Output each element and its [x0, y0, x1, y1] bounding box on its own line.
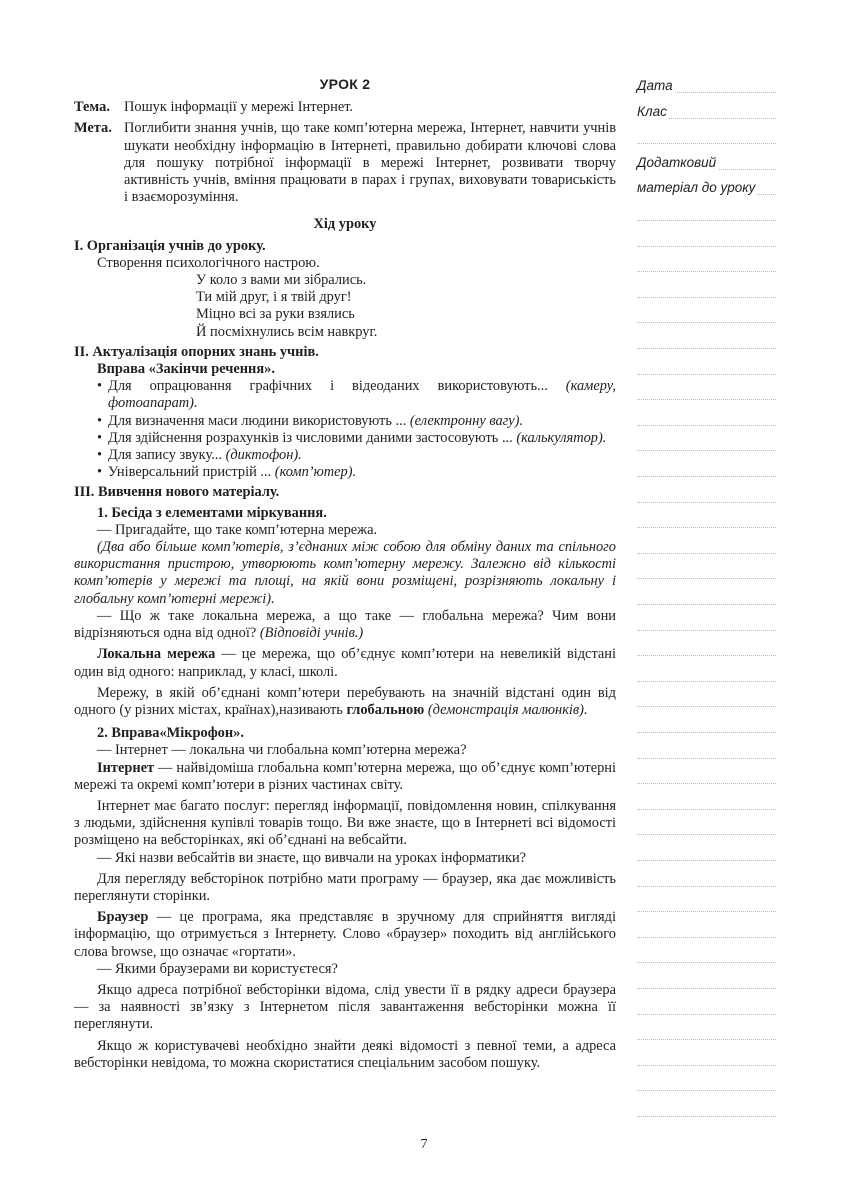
note-line [637, 1014, 776, 1015]
term: Інтернет [97, 760, 154, 776]
question: — Які назви вебсайтів ви знаєте, що вивч… [74, 850, 616, 867]
item-answer: (комп’ютер). [275, 464, 356, 480]
list-item: Універсальний пристрій ... (комп’ютер). [97, 464, 616, 481]
note-line [637, 553, 776, 554]
poem-line: Ти мій друг, і я твій друг! [196, 289, 616, 306]
item-answer: (електронну вагу). [410, 413, 523, 429]
question: — Якими браузерами ви користуєтеся? [74, 961, 616, 978]
date-label: Дата [637, 78, 675, 94]
note-line [637, 911, 776, 912]
note-line [637, 297, 776, 298]
question: — Пригадайте, що таке комп’ютерна мережа… [74, 522, 616, 539]
note-line [637, 220, 776, 221]
exercise-list: Для опрацювання графічних і відеоданих в… [74, 378, 616, 481]
global-network-definition: Мережу, в якій об’єднані комп’ютери пере… [74, 685, 616, 719]
item-answer: (калькулятор). [516, 430, 606, 446]
extra-material-label-1: Додатковий [637, 155, 718, 171]
note-line [637, 399, 776, 400]
poem-line: Й посміхнулись всім навкруг. [196, 324, 616, 341]
note-line [637, 476, 776, 477]
note-line [637, 1116, 776, 1117]
topic-row: Тема. Пошук інформації у мережі Інтернет… [74, 99, 616, 116]
page-number: 7 [0, 1137, 848, 1153]
goal-row: Мета. Поглибити знання учнів, що таке ко… [74, 120, 616, 206]
paragraph: Якщо адреса потрібної вебсторінки відома… [74, 982, 616, 1034]
note-line [637, 1065, 776, 1066]
internet-definition: Інтернет — найвідоміша глобальна комп’ют… [74, 760, 616, 794]
item-text: Для опрацювання графічних і відеоданих в… [108, 378, 566, 394]
note-line [637, 502, 776, 503]
note-line [637, 809, 776, 810]
lesson-content: УРОК 2 Тема. Пошук інформації у мережі І… [74, 76, 616, 1072]
note-line [637, 1090, 776, 1091]
note: (демонстрація малюнків). [424, 702, 587, 718]
section-2-heading: II. Актуалізація опорних знань учнів. [74, 344, 616, 361]
note-line [637, 937, 776, 938]
question: — Інтернет — локальна чи глобальна комп’… [74, 742, 616, 759]
note-line [637, 860, 776, 861]
topic-label: Тема. [74, 99, 124, 116]
note-line [637, 527, 776, 528]
note-line [637, 425, 776, 426]
note-line [637, 374, 776, 375]
note-line [637, 962, 776, 963]
poem-line: У коло з вами ми зібрались. [196, 272, 616, 289]
note-line [637, 271, 776, 272]
answer-note: (Відповіді учнів.) [260, 625, 363, 641]
note-line [637, 758, 776, 759]
note-line [637, 578, 776, 579]
note-line [637, 834, 776, 835]
item-text: Універсальний пристрій ... [108, 464, 275, 480]
list-item: Для запису звуку... (диктофон). [97, 447, 616, 464]
paragraph: Інтернет має багато послуг: перегляд інф… [74, 798, 616, 850]
question: — Що ж таке локальна мережа, а що таке —… [74, 608, 616, 642]
poem: У коло з вами ми зібрались. Ти мій друг,… [74, 272, 616, 341]
term: Локальна мережа [97, 646, 215, 662]
lesson-title: УРОК 2 [74, 76, 616, 93]
exercise-heading: Вправа «Закінчи речення». [74, 361, 616, 378]
list-item: Для опрацювання графічних і відеоданих в… [97, 378, 616, 412]
note-line [637, 988, 776, 989]
local-network-definition: Локальна мережа — це мережа, що об’єднує… [74, 646, 616, 680]
term: Браузер [97, 909, 148, 925]
item-answer: (диктофон). [226, 447, 302, 463]
list-item: Для визначення маси людини використовуют… [97, 413, 616, 430]
section-1-intro: Створення психологічного настрою. [74, 255, 616, 272]
subsection-2-heading: 2. Вправа«Мікрофон». [74, 725, 616, 742]
section-3-heading: III. Вивчення нового матеріалу. [74, 484, 616, 501]
note-line [637, 706, 776, 707]
note-line [637, 655, 776, 656]
section-1-heading: I. Організація учнів до уроку. [74, 238, 616, 255]
note-line [637, 322, 776, 323]
course-heading: Хід уроку [74, 216, 616, 233]
goal-label: Мета. [74, 120, 124, 206]
note-line [637, 450, 776, 451]
class-label: Клас [637, 104, 669, 120]
item-text: Для здійснення розрахунків із числовими … [108, 430, 516, 446]
note-line [637, 783, 776, 784]
paragraph: Якщо ж користувачеві необхідно знайти де… [74, 1038, 616, 1072]
definition: — це програма, яка представляє в зручном… [74, 909, 616, 959]
note-line [637, 246, 776, 247]
note-line [637, 1039, 776, 1040]
poem-line: Міцно всі за руки взялись [196, 306, 616, 323]
note-line [637, 732, 776, 733]
note-line [637, 681, 776, 682]
topic-text: Пошук інформації у мережі Інтернет. [124, 99, 616, 116]
note-line [637, 630, 776, 631]
term: глобальною [346, 702, 424, 718]
note-line [637, 886, 776, 887]
note-line [637, 143, 776, 144]
browser-definition: Браузер — це програма, яка представляє в… [74, 909, 616, 961]
note-line [637, 348, 776, 349]
note-line [637, 604, 776, 605]
subsection-1-heading: 1. Бесіда з елементами міркування. [74, 505, 616, 522]
item-text: Для визначення маси людини використовуют… [108, 413, 410, 429]
goal-text: Поглибити знання учнів, що таке комп’юте… [124, 120, 616, 206]
extra-material-label-2: матеріал до уроку [637, 180, 757, 196]
paragraph: Для перегляду вебсторінок потрібно мати … [74, 871, 616, 905]
list-item: Для здійснення розрахунків із числовими … [97, 430, 616, 447]
answer-note: (Два або більше комп’ютерів, з’єднаних м… [74, 539, 616, 608]
item-text: Для запису звуку... [108, 447, 226, 463]
definition: — найвідоміша глобальна комп’ютерна мере… [74, 760, 616, 793]
